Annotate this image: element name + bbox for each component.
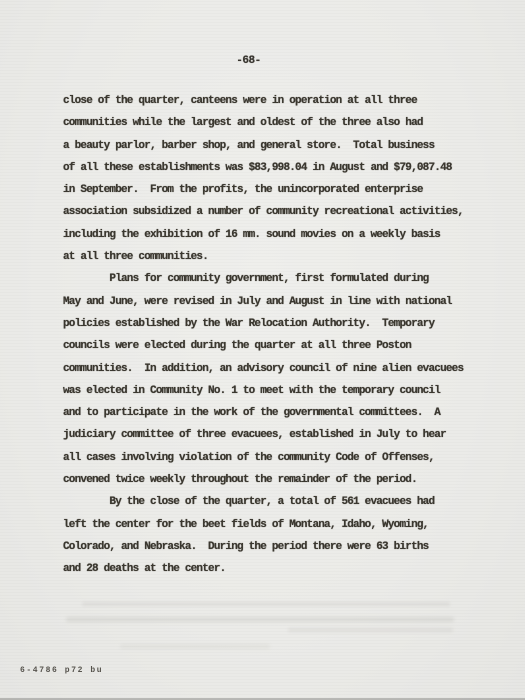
page-number: -68- <box>0 55 511 67</box>
text-line: all cases involving violation of the com… <box>63 447 483 469</box>
scan-smudge <box>288 628 453 632</box>
scan-smudge <box>120 644 270 649</box>
text-line: close of the quarter, canteens were in o… <box>63 90 483 112</box>
text-line: communities. In addition, an advisory co… <box>63 358 483 380</box>
text-line: councils were elected during the quarter… <box>63 335 483 357</box>
document-page: -68- close of the quarter, canteens were… <box>0 0 525 700</box>
text-line: association subsidized a number of commu… <box>63 201 483 223</box>
text-line: was elected in Community No. 1 to meet w… <box>63 380 483 402</box>
text-line: including the exhibition of 16 mm. sound… <box>63 224 483 246</box>
body-text: close of the quarter, canteens were in o… <box>63 90 483 581</box>
text-line: and 28 deaths at the center. <box>63 558 483 580</box>
text-line: Plans for community government, first fo… <box>63 268 483 290</box>
text-line: communities while the largest and oldest… <box>63 112 483 134</box>
scan-smudge <box>66 617 454 622</box>
text-line: Colorado, and Nebraska. During the perio… <box>63 536 483 558</box>
scan-smudge <box>82 602 450 606</box>
text-line: at all three communities. <box>63 246 483 268</box>
text-line: judiciary committee of three evacuees, e… <box>63 424 483 446</box>
text-line: of all these establishments was $83,998.… <box>63 157 483 179</box>
text-line: By the close of the quarter, a total of … <box>63 491 483 513</box>
text-line: left the center for the beet fields of M… <box>63 514 483 536</box>
text-line: May and June, were revised in July and A… <box>63 291 483 313</box>
footer-reference: 6-4786 p72 bu <box>20 666 103 675</box>
text-line: policies established by the War Relocati… <box>63 313 483 335</box>
text-line: and to participate in the work of the go… <box>63 402 483 424</box>
text-line: convened twice weekly throughout the rem… <box>63 469 483 491</box>
text-line: in September. From the profits, the unin… <box>63 179 483 201</box>
text-line: a beauty parlor, barber shop, and genera… <box>63 135 483 157</box>
